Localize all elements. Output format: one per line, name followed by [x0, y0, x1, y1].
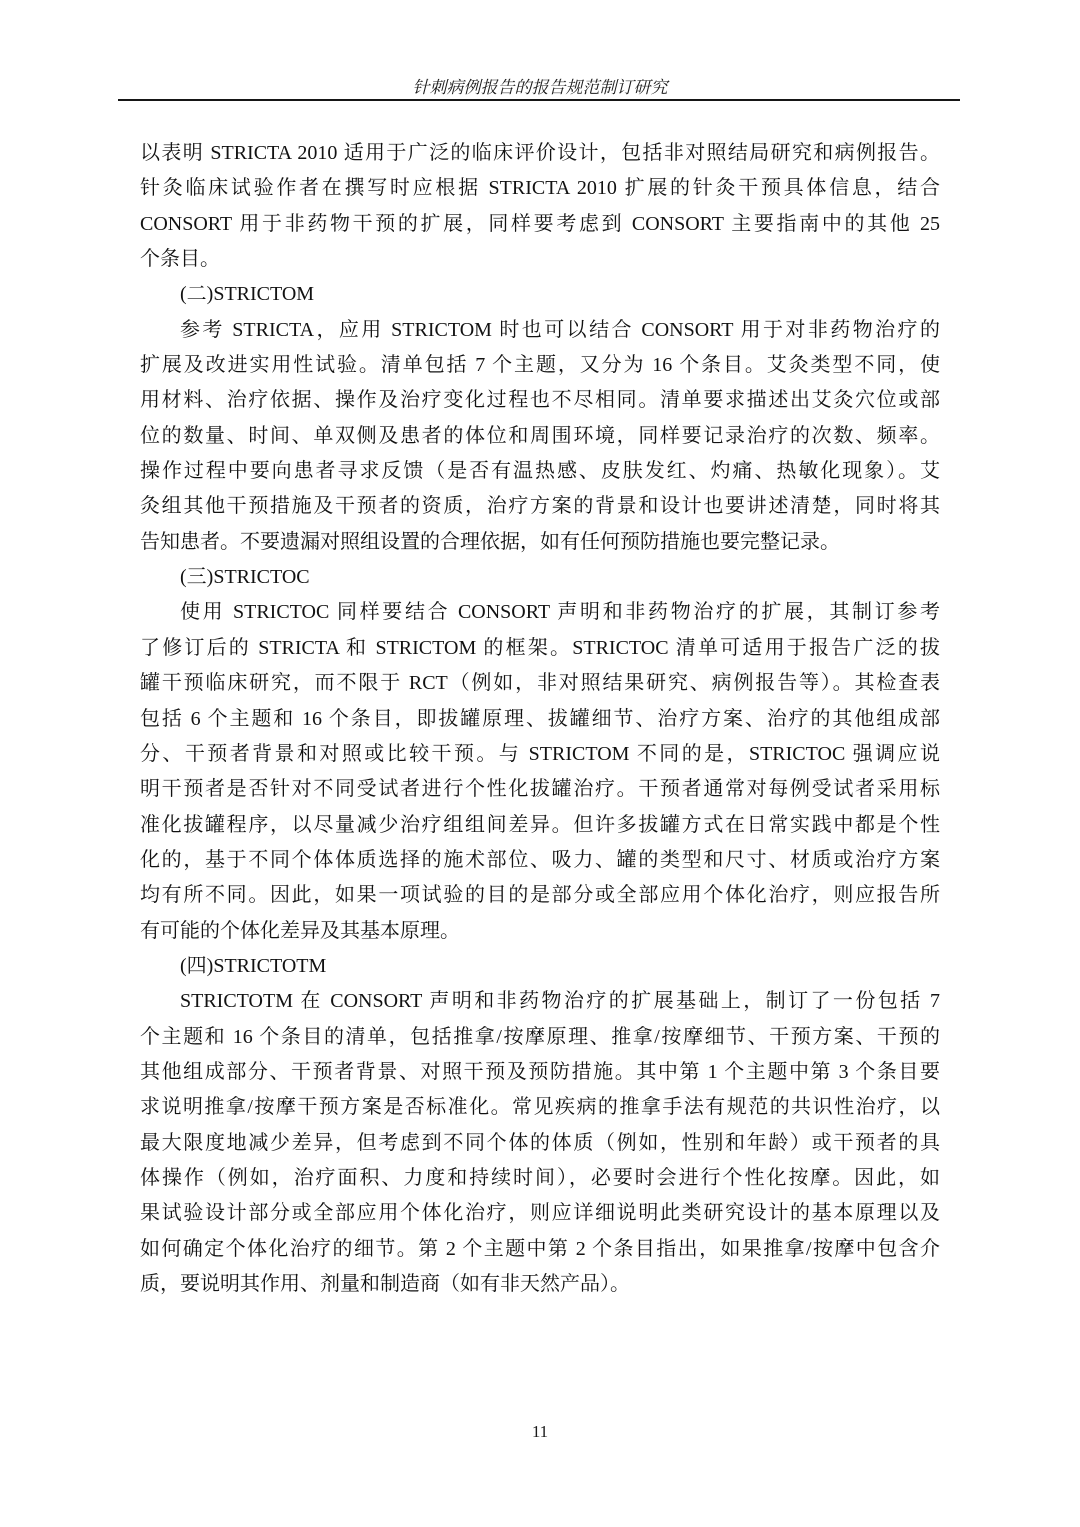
page-number: 11: [0, 1422, 1080, 1442]
text-line: 体操作（例如，治疗面积、力度和持续时间），必要时会进行个性化按摩。因此，如: [140, 1161, 940, 1196]
text-line: 如何确定个体化治疗的细节。第 2 个主题中第 2 个条目指出，如果推拿/按摩中包…: [140, 1232, 940, 1267]
section-heading-strictoc: (三)STRICTOC: [140, 560, 940, 595]
text-line: 操作过程中要向患者寻求反馈（是否有温热感、皮肤发红、灼痛、热敏化现象）。艾: [140, 454, 940, 489]
text-line: 告知患者。不要遗漏对照组设置的合理依据，如有任何预防措施也要完整记录。: [140, 525, 940, 560]
section-heading-strictom: (二)STRICTOM: [140, 277, 940, 312]
text-line: 明干预者是否针对不同受试者进行个性化拔罐治疗。干预者通常对每例受试者采用标: [140, 772, 940, 807]
document-page: 针刺病例报告的报告规范制订研究 以表明 STRICTA 2010 适用于广泛的临…: [0, 0, 1080, 1527]
text-line: 参考 STRICTA，应用 STRICTOM 时也可以结合 CONSORT 用于…: [140, 313, 940, 348]
text-line: 包括 6 个主题和 16 个条目，即拔罐原理、拔罐细节、治疗方案、治疗的其他组成…: [140, 702, 940, 737]
text-line: 其他组成部分、干预者背景、对照干预及预防措施。其中第 1 个主题中第 3 个条目…: [140, 1055, 940, 1090]
text-line: 质，要说明其作用、剂量和制造商（如有非天然产品）。: [140, 1267, 940, 1302]
text-line: 位的数量、时间、单双侧及患者的体位和周围环境，同样要记录治疗的次数、频率。: [140, 419, 940, 454]
text-line: 个主题和 16 个条目的清单，包括推拿/按摩原理、推拿/按摩细节、干预方案、干预…: [140, 1020, 940, 1055]
running-header-title: 针刺病例报告的报告规范制订研究: [0, 73, 1080, 98]
text-line: 准化拔罐程序，以尽量减少治疗组组间差异。但许多拔罐方式在日常实践中都是个性: [140, 808, 940, 843]
text-line: 最大限度地减少差异，但考虑到不同个体的体质（例如，性别和年龄）或干预者的具: [140, 1126, 940, 1161]
section-heading-strictotm: (四)STRICTOTM: [140, 949, 940, 984]
text-line: 均有所不同。因此，如果一项试验的目的是部分或全部应用个体化治疗，则应报告所: [140, 878, 940, 913]
text-line: 化的，基于不同个体体质选择的施术部位、吸力、罐的类型和尺寸、材质或治疗方案: [140, 843, 940, 878]
text-line: 了修订后的 STRICTA 和 STRICTOM 的框架。STRICTOC 清单…: [140, 631, 940, 666]
header-rule: [118, 99, 960, 101]
text-line: STRICTOTM 在 CONSORT 声明和非药物治疗的扩展基础上，制订了一份…: [140, 984, 940, 1019]
text-line: 果试验设计部分或全部应用个体化治疗，则应详细说明此类研究设计的基本原理以及: [140, 1196, 940, 1231]
text-line: 扩展及改进实用性试验。清单包括 7 个主题，又分为 16 个条目。艾灸类型不同，…: [140, 348, 940, 383]
text-line: 个条目。: [140, 242, 940, 277]
text-line: 使用 STRICTOC 同样要结合 CONSORT 声明和非药物治疗的扩展，其制…: [140, 595, 940, 630]
text-line: 罐干预临床研究，而不限于 RCT（例如，非对照结果研究、病例报告等）。其检查表: [140, 666, 940, 701]
body-text-block: 以表明 STRICTA 2010 适用于广泛的临床评价设计，包括非对照结局研究和…: [140, 136, 940, 1302]
text-line: 有可能的个体化差异及其基本原理。: [140, 914, 940, 949]
text-line: 求说明推拿/按摩干预方案是否标准化。常见疾病的推拿手法有规范的共识性治疗，以: [140, 1090, 940, 1125]
text-line: 分、干预者背景和对照或比较干预。与 STRICTOM 不同的是，STRICTOC…: [140, 737, 940, 772]
text-line: 灸组其他干预措施及干预者的资质，治疗方案的背景和设计也要讲述清楚，同时将其: [140, 489, 940, 524]
text-line: 用材料、治疗依据、操作及治疗变化过程也不尽相同。清单要求描述出艾灸穴位或部: [140, 383, 940, 418]
text-line: 以表明 STRICTA 2010 适用于广泛的临床评价设计，包括非对照结局研究和…: [140, 136, 940, 171]
text-line: CONSORT 用于非药物干预的扩展，同样要考虑到 CONSORT 主要指南中的…: [140, 207, 940, 242]
text-line: 针灸临床试验作者在撰写时应根据 STRICTA 2010 扩展的针灸干预具体信息…: [140, 171, 940, 206]
